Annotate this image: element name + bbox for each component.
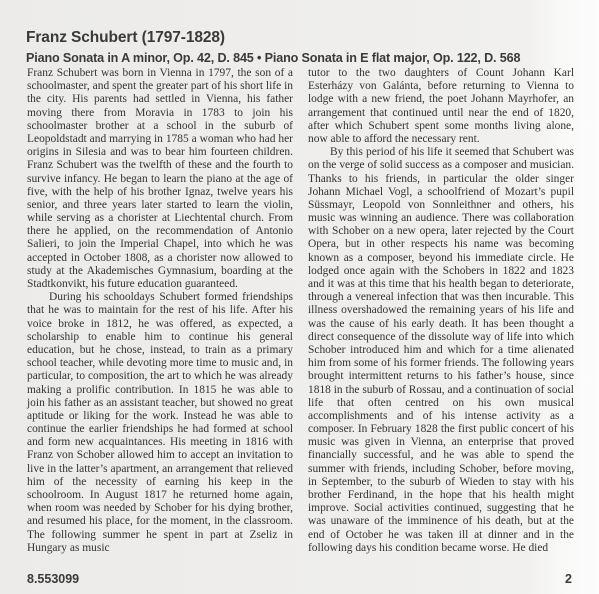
left-column: Franz Schubert was born in Vienna in 179… bbox=[27, 67, 293, 555]
paragraph: By this period of his life it seemed tha… bbox=[308, 146, 574, 555]
page-number: 2 bbox=[565, 572, 572, 586]
right-column: tutor to the two daughters of Count Joha… bbox=[308, 67, 574, 555]
paragraph: During his schooldays Schubert formed fr… bbox=[27, 291, 293, 555]
header: Franz Schubert (1797-1828) Piano Sonata … bbox=[26, 29, 586, 66]
paragraph: tutor to the two daughters of Count Joha… bbox=[308, 67, 574, 146]
works-subtitle: Piano Sonata in A minor, Op. 42, D. 845 … bbox=[26, 50, 586, 66]
composer-title: Franz Schubert (1797-1828) bbox=[26, 29, 586, 47]
catalogue-number: 8.553099 bbox=[27, 572, 79, 586]
paragraph: Franz Schubert was born in Vienna in 179… bbox=[27, 67, 293, 291]
booklet-page: Franz Schubert (1797-1828) Piano Sonata … bbox=[0, 0, 599, 594]
